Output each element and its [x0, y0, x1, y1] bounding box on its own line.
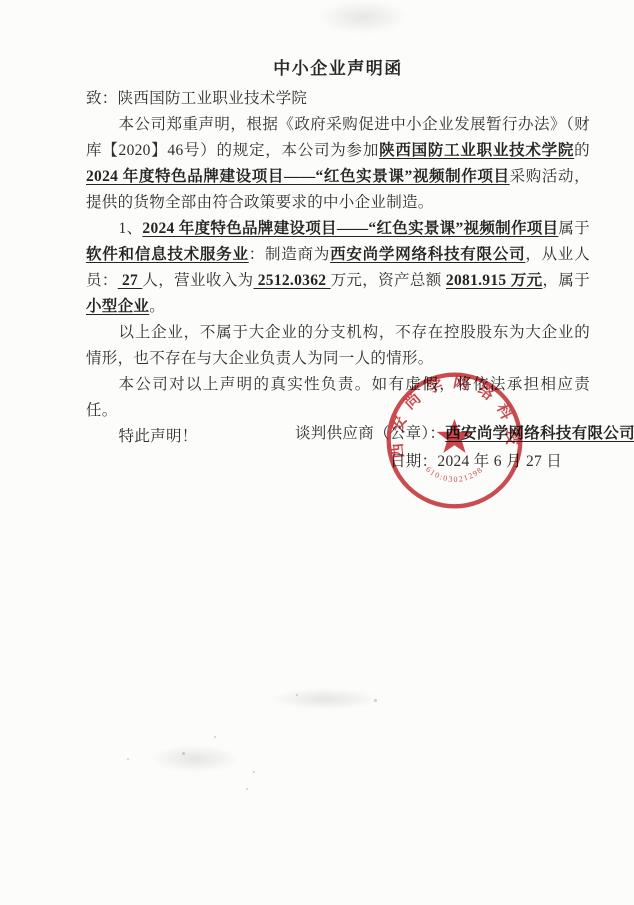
text-run: 的 — [574, 142, 590, 159]
text-run: 2081.915 万元 — [446, 272, 543, 289]
paragraph: 本公司郑重声明，根据《政府采购促进中小企业发展暂行办法》（财库【2020】46号… — [86, 112, 590, 216]
text-run: 万元，资产总额 — [331, 272, 446, 289]
text-run: 软件和信息技术服务业 — [86, 246, 249, 263]
text-run: 2024 年度特色品牌建设项目——“红色实景课”视频制作项目 — [142, 220, 558, 237]
text-run: 人，营业收入为 — [142, 272, 253, 289]
scan-speckle — [296, 694, 298, 696]
paragraph: 1、2024 年度特色品牌建设项目——“红色实景课”视频制作项目属于软件和信息技… — [86, 216, 590, 320]
text-run: 2024 年度特色品牌建设项目——“红色实景课”视频制作项目 — [86, 168, 510, 185]
star-icon — [437, 419, 473, 453]
text-run: 致：陕西国防工业职业技术学院 — [86, 90, 307, 107]
text-run: ：制造商为 — [249, 246, 330, 263]
text-run: 特此声明！ — [119, 428, 198, 445]
stamp-serial-text: 610:03021298 — [424, 465, 485, 484]
document-page: 中小企业声明函 致：陕西国防工业职业技术学院本公司郑重声明，根据《政府采购促进中… — [0, 0, 634, 905]
scan-speckle — [127, 758, 129, 760]
text-run: 陕西国防工业职业技术学院 — [379, 142, 574, 159]
document-title: 中小企业声明函 — [86, 56, 590, 82]
paragraph: 以上企业，不属于大企业的分支机构，不存在控股股东为大企业的情形，也不存在与大企业… — [86, 320, 590, 372]
scan-ghost-mark — [150, 745, 240, 773]
paragraph: 致：陕西国防工业职业技术学院 — [86, 86, 590, 112]
text-run: 属于 — [558, 220, 590, 237]
text-run: 西安尚学网络科技有限公司 — [330, 246, 525, 263]
scan-smudge — [318, 0, 408, 34]
text-run: 2512.0362 — [253, 272, 330, 289]
text-run: 1、 — [119, 220, 143, 237]
scan-speckle — [246, 788, 248, 790]
text-run: 以上企业，不属于大企业的分支机构，不存在控股股东为大企业的情形，也不存在与大企业… — [86, 324, 590, 367]
text-run: ，属于 — [542, 272, 590, 289]
text-run: 。 — [149, 298, 165, 315]
scan-speckle — [182, 752, 185, 755]
scan-speckle — [374, 699, 377, 702]
scan-speckle — [214, 736, 216, 738]
company-seal-stamp: 西安尚学网络科技有限公司 610:03021298 — [384, 370, 525, 511]
text-run: 27 — [118, 272, 143, 289]
text-run: 小型企业 — [86, 298, 149, 315]
scan-speckle — [253, 771, 255, 773]
scan-ghost-mark — [270, 688, 380, 710]
